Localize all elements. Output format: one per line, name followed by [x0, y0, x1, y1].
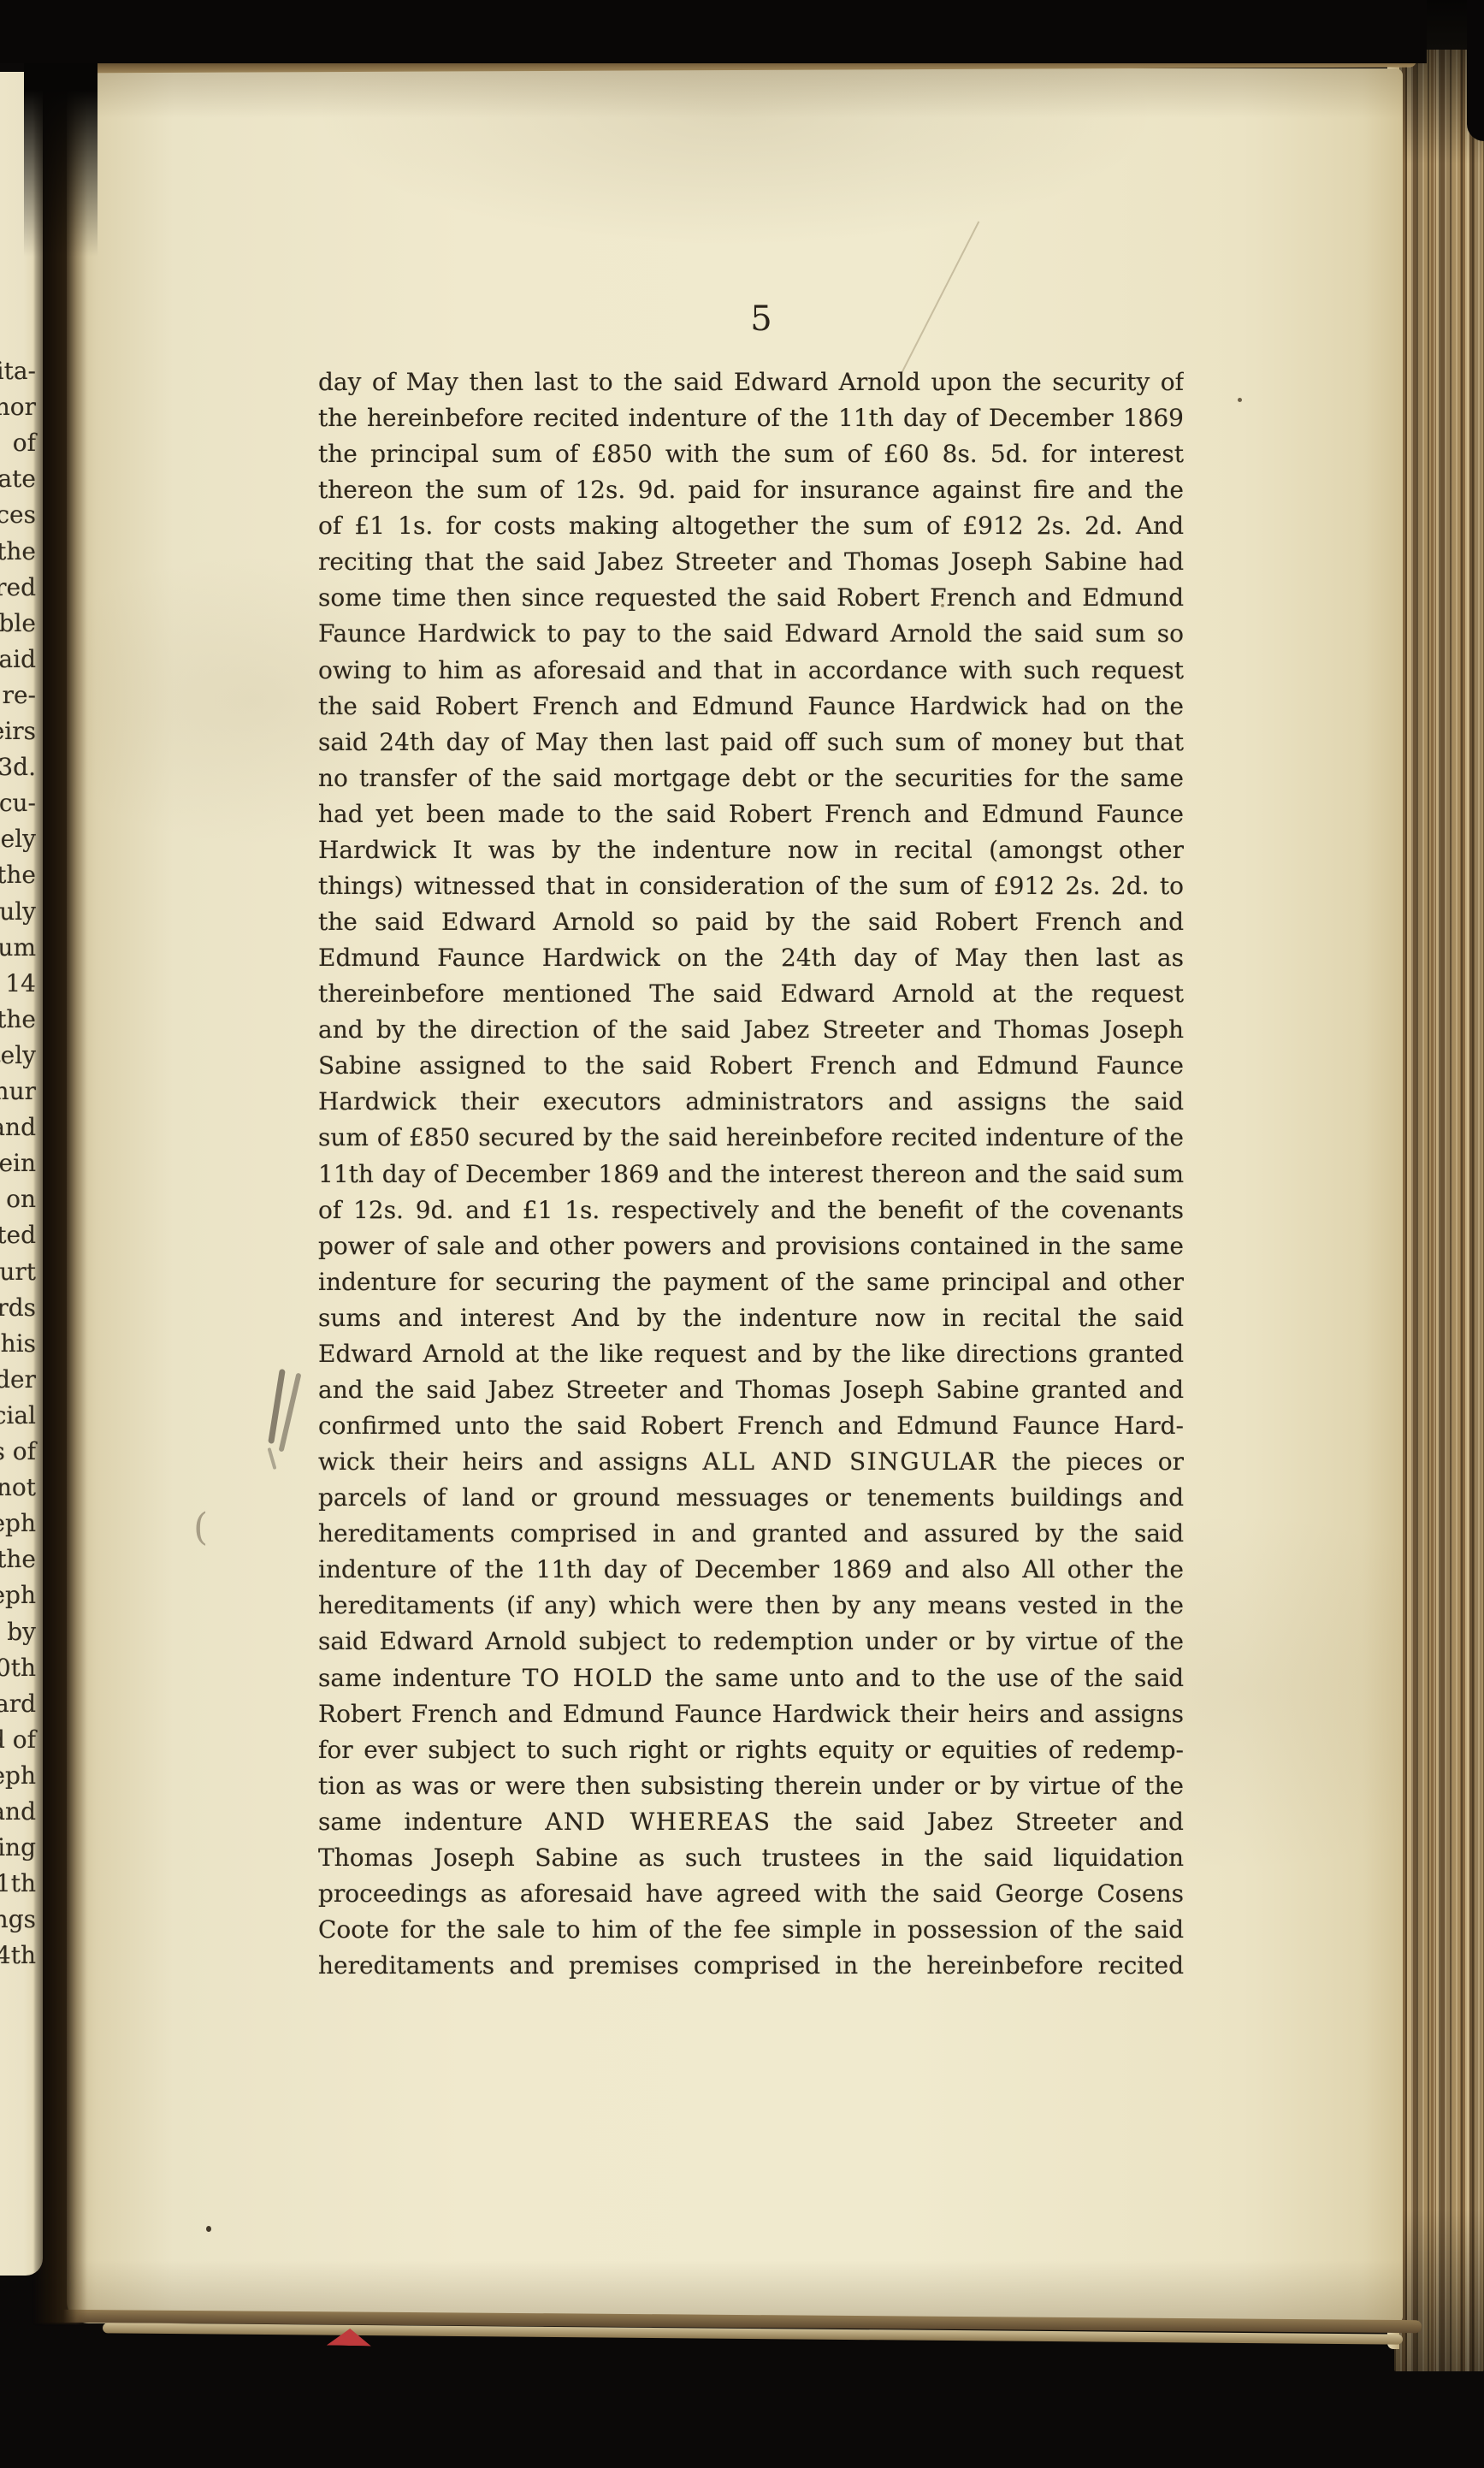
margin-fragment: said [0, 645, 36, 679]
margin-fragment: r 14 [0, 969, 36, 1003]
text-line: Sabine assigned to the said Robert Frenc… [318, 1048, 1184, 1085]
text-line: owing to him as aforesaid and that in ac… [318, 653, 1184, 690]
text-line: Hardwick It was by the indenture now in … [318, 832, 1184, 869]
text-line: things) witnessed that in consideration … [318, 868, 1184, 905]
text-line: for ever subject to such right or rights… [318, 1732, 1184, 1769]
margin-fragment: able [0, 609, 36, 643]
margin-fragment: thur [0, 1077, 36, 1111]
paren-mark: ( [193, 1506, 208, 1549]
text-line: Thomas Joseph Sabine as such trustees in… [318, 1840, 1184, 1877]
text-line: power of sale and other powers and provi… [318, 1228, 1184, 1265]
margin-fragment: of [13, 429, 36, 463]
margin-fragment: and [0, 1797, 36, 1832]
pencil-stroke [267, 1447, 276, 1470]
text-line: day of May then last to the said Edward … [318, 364, 1184, 401]
page-number: 5 [741, 299, 782, 339]
text-line: of 12s. 9d. and £1 1s. respectively and … [318, 1193, 1184, 1229]
margin-fragment: irs of [0, 1437, 36, 1471]
text-line: of £1 1s. for costs making altogether th… [318, 508, 1184, 545]
text-line: thereinbefore mentioned The said Edward … [318, 976, 1184, 1013]
margin-fragment: S on [0, 1185, 36, 1219]
text-line: sums and interest And by the indenture n… [318, 1300, 1184, 1337]
margin-fragment: d not [0, 1473, 36, 1507]
text-line: Robert French and Edmund Faunce Hardwick… [318, 1696, 1184, 1733]
gutter-shadow [34, 56, 87, 2323]
margin-fragment: ward [0, 1690, 36, 1724]
margin-fragment: oseph [0, 1761, 36, 1796]
margin-fragment: ecu- [0, 789, 36, 823]
photo-black-border-top-left [0, 0, 1427, 63]
text-line: wick their heirs and assigns ALL AND SIN… [318, 1444, 1184, 1481]
paper-speck [1238, 398, 1242, 402]
margin-fragment: d re- [0, 681, 36, 715]
margin-fragment: erein [0, 1149, 36, 1183]
margin-fragment: and [0, 1113, 36, 1147]
margin-fragment: uted [0, 1221, 36, 1255]
text-line: and the said Jabez Streeter and Thomas J… [318, 1372, 1184, 1409]
margin-fragment: dings [0, 1905, 36, 1939]
text-line: tion as was or were then subsisting ther… [318, 1768, 1184, 1805]
margin-fragment: oseph [0, 1581, 36, 1615]
text-line: hereditaments comprised in and granted a… [318, 1516, 1184, 1553]
margin-fragment: ards [0, 1293, 36, 1328]
text-line: Edmund Faunce Hardwick on the 24th day o… [318, 940, 1184, 977]
margin-fragment: nor [0, 393, 36, 427]
margin-fragment: his [1, 1329, 36, 1364]
text-line: same indenture AND WHEREAS the said Jabe… [318, 1804, 1184, 1841]
margin-fragment: 11th [0, 1869, 36, 1903]
margin-fragment: ita- [0, 357, 36, 391]
text-line: the said Edward Arnold so paid by the sa… [318, 904, 1184, 941]
book-photo: 5 day of May then last to the said Edwar… [0, 0, 1484, 2468]
margin-fragment: sum [0, 933, 36, 968]
margin-fragments: ita-noroftatecestheredablesaidd re-eirs3… [0, 0, 39, 2468]
text-line: Faunce Hardwick to pay to the said Edwar… [318, 616, 1184, 653]
margin-fragment: tate [0, 465, 36, 499]
text-line: proceedings as aforesaid have agreed wit… [318, 1876, 1184, 1913]
margin-fragment: nder [0, 1365, 36, 1400]
margin-fragment: d of [0, 1725, 36, 1760]
margin-fragment: ourt [0, 1258, 36, 1292]
margin-fragment: the [0, 1005, 36, 1039]
pencil-mark [267, 1367, 306, 1478]
text-line: Hardwick their executors administrators … [318, 1084, 1184, 1121]
photo-black-border-top-right [1467, 0, 1484, 141]
text-line: the principal sum of £850 with the sum o… [318, 436, 1184, 473]
text-line: hereditaments (if any) which were then b… [318, 1588, 1184, 1625]
text-line: no transfer of the said mortgage debt or… [318, 761, 1184, 797]
margin-fragment: ecial [0, 1401, 36, 1435]
margin-fragment: e 24th [0, 1941, 36, 1975]
margin-fragment: nely [0, 825, 36, 859]
margin-fragment: ed by [0, 1618, 36, 1652]
text-line: Edward Arnold at the like request and by… [318, 1336, 1184, 1373]
margin-fragment: the [0, 861, 36, 895]
margin-fragment: eirs [0, 717, 36, 751]
margin-fragment: ately [0, 1041, 36, 1075]
text-line: had yet been made to the said Robert Fre… [318, 796, 1184, 833]
text-line: and by the direction of the said Jabez S… [318, 1012, 1184, 1049]
text-line: indenture for securing the payment of th… [318, 1264, 1184, 1301]
text-line: Coote for the sale to him of the fee sim… [318, 1912, 1184, 1949]
text-line: some time then since requested the said … [318, 580, 1184, 617]
margin-fragment: July [0, 897, 36, 932]
margin-fragment: 30th [0, 1654, 36, 1688]
text-line: said 24th day of May then last paid off … [318, 725, 1184, 761]
text-line: reciting that the said Jabez Streeter an… [318, 544, 1184, 581]
text-line: parcels of land or ground messuages or t… [318, 1480, 1184, 1517]
text-line: hereditaments and premises comprised in … [318, 1948, 1184, 1985]
margin-fragment: the [0, 537, 36, 571]
page-fore-edge-stack [1394, 48, 1484, 2371]
body-text: day of May then last to the said Edward … [318, 364, 1184, 2015]
text-line: confirmed unto the said Robert French an… [318, 1408, 1184, 1445]
text-line: same indenture TO HOLD the same unto and… [318, 1660, 1184, 1697]
margin-fragment: red [0, 573, 36, 607]
text-line: said Edward Arnold subject to redemption… [318, 1624, 1184, 1660]
margin-fragment: oseph [0, 1509, 36, 1543]
text-line: the said Robert French and Edmund Faunce… [318, 689, 1184, 725]
text-line: sum of £850 secured by the said hereinbe… [318, 1120, 1184, 1157]
margin-fragment: d the [0, 1545, 36, 1579]
paper-speck [206, 2226, 211, 2232]
margin-fragment: citing [0, 1833, 36, 1867]
text-line: 11th day of December 1869 and the intere… [318, 1157, 1184, 1193]
text-line: indenture of the 11th day of December 18… [318, 1552, 1184, 1589]
text-line: the hereinbefore recited indenture of th… [318, 400, 1184, 437]
margin-fragment: ces [0, 500, 36, 535]
margin-fragment: 3d. [0, 753, 36, 787]
text-line: thereon the sum of 12s. 9d. paid for ins… [318, 472, 1184, 509]
